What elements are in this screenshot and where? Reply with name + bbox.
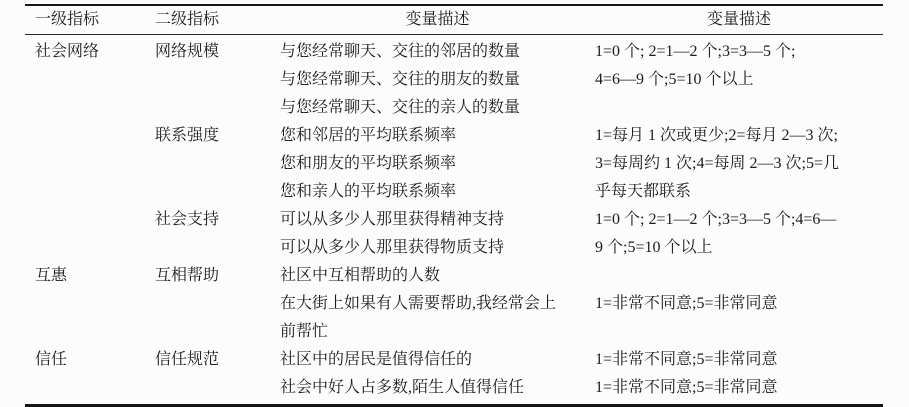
table-row: 社会中好人占多数,陌生人值得信任 1=非常不同意;5=非常同意 [25,374,883,402]
cell-value [595,318,883,346]
cell-value [595,94,883,122]
cell-level2 [155,374,280,402]
cell-description: 您和邻居的平均联系频率 [280,122,595,150]
cell-description: 前帮忙 [280,318,595,346]
table-row: 信任 信任规范 社区中的居民是值得信任的 1=非常不同意;5=非常同意 [25,346,883,374]
cell-level1 [25,290,155,318]
cell-level2 [155,290,280,318]
variables-table: 一级指标 二级指标 变量描述 变量描述 社会网络 网络规模 与您经常聊天、交往的… [25,4,883,407]
table-row: 社会网络 网络规模 与您经常聊天、交往的邻居的数量 1=0 个; 2=1—2 个… [25,38,883,66]
cell-value [595,262,883,290]
cell-description: 可以从多少人那里获得精神支持 [280,206,595,234]
cell-level1 [25,66,155,94]
table-row: 与您经常聊天、交往的亲人的数量 [25,94,883,122]
cell-level1 [25,178,155,206]
cell-level2 [155,178,280,206]
cell-level1 [25,234,155,262]
cell-value: 乎每天都联系 [595,178,883,206]
cell-value: 1=每月 1 次或更少;2=每月 2—3 次; [595,122,883,150]
table-row: 社会支持 可以从多少人那里获得精神支持 1=0 个; 2=1—2 个;3=3—5… [25,206,883,234]
cell-level1 [25,150,155,178]
cell-level2: 社会支持 [155,206,280,234]
cell-description: 与您经常聊天、交往的亲人的数量 [280,94,595,122]
cell-level1 [25,94,155,122]
cell-level2: 联系强度 [155,122,280,150]
cell-description: 您和朋友的平均联系频率 [280,150,595,178]
cell-level2 [155,234,280,262]
cell-description: 可以从多少人那里获得物质支持 [280,234,595,262]
cell-level2 [155,66,280,94]
table-row: 您和朋友的平均联系频率 3=每周约 1 次;4=每周 2—3 次;5=几 [25,150,883,178]
cell-value: 1=0 个; 2=1—2 个;3=3—5 个; [595,38,883,66]
cell-level2 [155,150,280,178]
cell-level2: 信任规范 [155,346,280,374]
table-row: 您和亲人的平均联系频率 乎每天都联系 [25,178,883,206]
cell-level2 [155,94,280,122]
table-header-row: 一级指标 二级指标 变量描述 变量描述 [25,6,883,35]
cell-description: 在大街上如果有人需要帮助,我经常会上 [280,290,595,318]
cell-level1: 社会网络 [25,38,155,66]
cell-value: 1=非常不同意;5=非常同意 [595,374,883,402]
cell-description: 与您经常聊天、交往的邻居的数量 [280,38,595,66]
cell-level2 [155,318,280,346]
cell-level1 [25,318,155,346]
cell-value: 4=6—9 个;5=10 个以上 [595,66,883,94]
cell-description: 与您经常聊天、交往的朋友的数量 [280,66,595,94]
cell-description: 您和亲人的平均联系频率 [280,178,595,206]
cell-description: 社区中互相帮助的人数 [280,262,595,290]
col-header-level2-indicator: 二级指标 [155,6,280,34]
cell-level1: 信任 [25,346,155,374]
col-header-variable-value: 变量描述 [595,6,883,34]
cell-level1: 互惠 [25,262,155,290]
table-row: 在大街上如果有人需要帮助,我经常会上 1=非常不同意;5=非常同意 [25,290,883,318]
cell-level1 [25,206,155,234]
cell-value: 1=非常不同意;5=非常同意 [595,290,883,318]
table-row: 联系强度 您和邻居的平均联系频率 1=每月 1 次或更少;2=每月 2—3 次; [25,122,883,150]
cell-description: 社会中好人占多数,陌生人值得信任 [280,374,595,402]
cell-level2: 互相帮助 [155,262,280,290]
table-row: 与您经常聊天、交往的朋友的数量 4=6—9 个;5=10 个以上 [25,66,883,94]
cell-description: 社区中的居民是值得信任的 [280,346,595,374]
cell-level1 [25,374,155,402]
cell-level2: 网络规模 [155,38,280,66]
table-body: 社会网络 网络规模 与您经常聊天、交往的邻居的数量 1=0 个; 2=1—2 个… [25,35,883,404]
col-header-variable-description: 变量描述 [280,6,595,34]
col-header-level1-indicator: 一级指标 [25,6,155,34]
table-row: 可以从多少人那里获得物质支持 9 个;5=10 个以上 [25,234,883,262]
cell-value: 1=非常不同意;5=非常同意 [595,346,883,374]
cell-value: 3=每周约 1 次;4=每周 2—3 次;5=几 [595,150,883,178]
table-row: 互惠 互相帮助 社区中互相帮助的人数 [25,262,883,290]
cell-value: 9 个;5=10 个以上 [595,234,883,262]
cell-value: 1=0 个; 2=1—2 个;3=3—5 个;4=6— [595,206,883,234]
cell-level1 [25,122,155,150]
table-row: 前帮忙 [25,318,883,346]
